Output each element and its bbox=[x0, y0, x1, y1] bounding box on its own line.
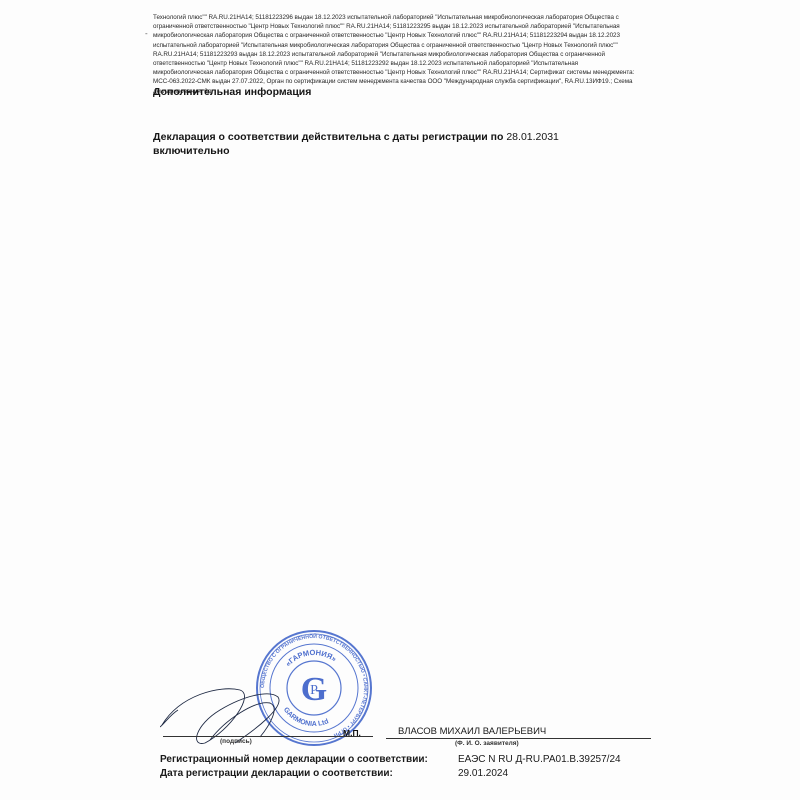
seal-label: М.П. bbox=[343, 728, 361, 738]
signature-caption: (подпись) bbox=[220, 738, 252, 745]
validity-text: Декларация о соответствии действительна … bbox=[153, 131, 506, 143]
registration-number-value: ЕАЭС N RU Д-RU.РА01.В.39257/24 bbox=[458, 754, 621, 765]
svg-text:«ГАРМОНИЯ»: «ГАРМОНИЯ» bbox=[283, 648, 338, 668]
document-page: - Технологий плюс"" RA.RU.21HA14; 511812… bbox=[0, 0, 800, 800]
applicant-caption: (Ф. И. О. заявителя) bbox=[455, 740, 519, 747]
continuation-text: Технологий плюс"" RA.RU.21HA14; 51181223… bbox=[153, 13, 637, 96]
validity-statement: Декларация о соответствии действительна … bbox=[153, 131, 583, 158]
applicant-name: ВЛАСОВ МИХАИЛ ВАЛЕРЬЕВИЧ bbox=[398, 726, 546, 737]
section-title: Дополнительная информация bbox=[153, 86, 311, 98]
validity-date: 28.01.2031 bbox=[506, 131, 559, 143]
stamp-org-name: «ГАРМОНИЯ» bbox=[283, 648, 338, 668]
registration-number-label: Регистрационный номер декларации о соотв… bbox=[160, 754, 428, 765]
margin-mark: - bbox=[145, 29, 148, 38]
signature-line bbox=[163, 736, 373, 737]
validity-suffix: включительно bbox=[153, 145, 230, 157]
registration-date-label: Дата регистрации декларации о соответств… bbox=[160, 768, 393, 779]
name-line bbox=[386, 738, 651, 739]
registration-date-value: 29.01.2024 bbox=[458, 768, 508, 779]
